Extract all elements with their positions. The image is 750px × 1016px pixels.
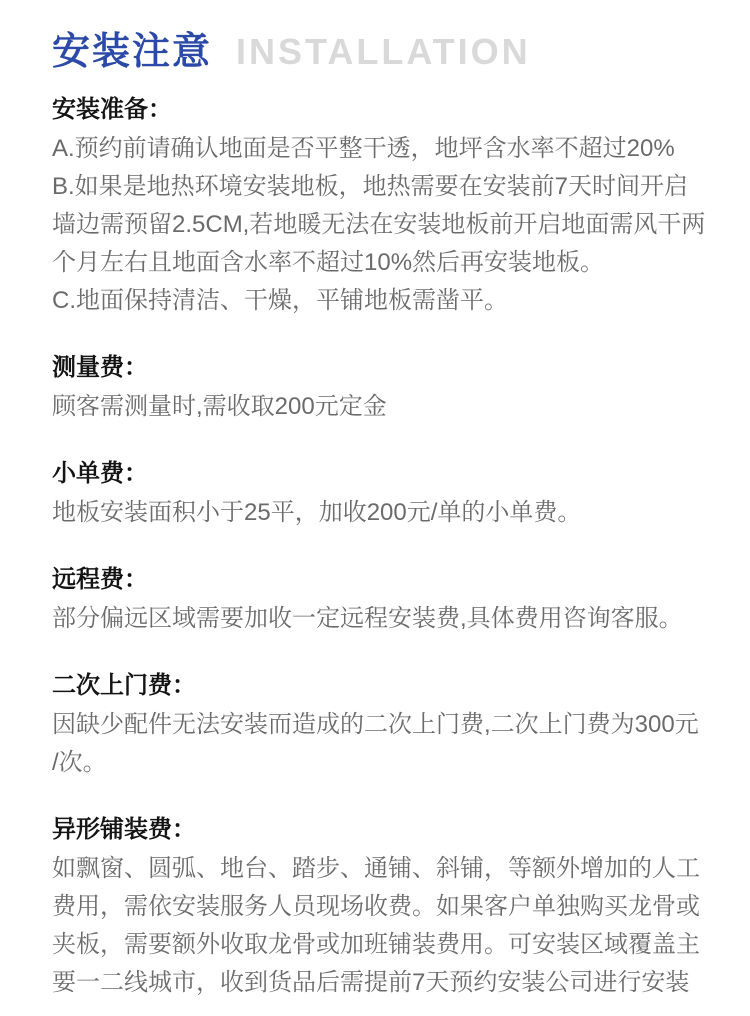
section-measurement-fee: 测量费： 顾客需测量时,需收取200元定金 [52, 352, 710, 426]
section-heading: 异形铺装费： [52, 814, 710, 846]
installation-notes-page: 安装注意 INSTALLATION 安装准备： A.预约前请确认地面是否平整干透… [0, 0, 750, 1016]
page-title: 安装注意 INSTALLATION [52, 28, 710, 76]
section-text-line: 部分偏远区域需要加收一定远程安装费,具体费用咨询客服。 [52, 600, 710, 638]
section-text-line: 地板安装面积小于25平，加收200元/单的小单费。 [52, 494, 710, 532]
section-installation-preparation: 安装准备： A.预约前请确认地面是否平整干透，地坪含水率不超过20% B.如果是… [52, 94, 710, 320]
page-title-chinese: 安装注意 [52, 28, 212, 76]
section-remote-fee: 远程费： 部分偏远区域需要加收一定远程安装费,具体费用咨询客服。 [52, 564, 710, 638]
section-small-order-fee: 小单费： 地板安装面积小于25平，加收200元/单的小单费。 [52, 458, 710, 532]
section-text-line: /次。 [52, 744, 710, 782]
section-text-line: 夹板，需要额外收取龙骨或加班铺装费用。可安装区域覆盖主 [52, 926, 710, 964]
section-heading: 小单费： [52, 458, 710, 490]
section-text-line: C.地面保持清洁、干燥，平铺地板需凿平。 [52, 282, 710, 320]
section-text-line: 如飘窗、圆弧、地台、踏步、通铺、斜铺，等额外增加的人工 [52, 850, 710, 888]
section-text-line: 墙边需预留2.5CM,若地暖无法在安装地板前开启地面需风干两 [52, 206, 710, 244]
section-text-line: A.预约前请确认地面是否平整干透，地坪含水率不超过20% [52, 130, 710, 168]
section-text-line: B.如果是地热环境安装地板，地热需要在安装前7天时间开启 [52, 168, 710, 206]
section-heading: 安装准备： [52, 94, 710, 126]
section-text-line: 要一二线城市，收到货品后需提前7天预约安装公司进行安装 [52, 964, 710, 1002]
section-heading: 远程费： [52, 564, 710, 596]
page-content: 安装注意 INSTALLATION 安装准备： A.预约前请确认地面是否平整干透… [0, 0, 750, 1002]
section-text-line: 顾客需测量时,需收取200元定金 [52, 388, 710, 426]
section-special-shape-paving-fee: 异形铺装费： 如飘窗、圆弧、地台、踏步、通铺、斜铺，等额外增加的人工 费用，需依… [52, 814, 710, 1002]
section-heading: 测量费： [52, 352, 710, 384]
section-text-line: 因缺少配件无法安装而造成的二次上门费,二次上门费为300元 [52, 706, 710, 744]
section-text-line: 个月左右且地面含水率不超过10%然后再安装地板。 [52, 244, 710, 282]
page-title-english: INSTALLATION [236, 28, 531, 76]
section-second-visit-fee: 二次上门费： 因缺少配件无法安装而造成的二次上门费,二次上门费为300元 /次。 [52, 670, 710, 782]
section-heading: 二次上门费： [52, 670, 710, 702]
section-text-line: 费用，需依安装服务人员现场收费。如果客户单独购买龙骨或 [52, 888, 710, 926]
